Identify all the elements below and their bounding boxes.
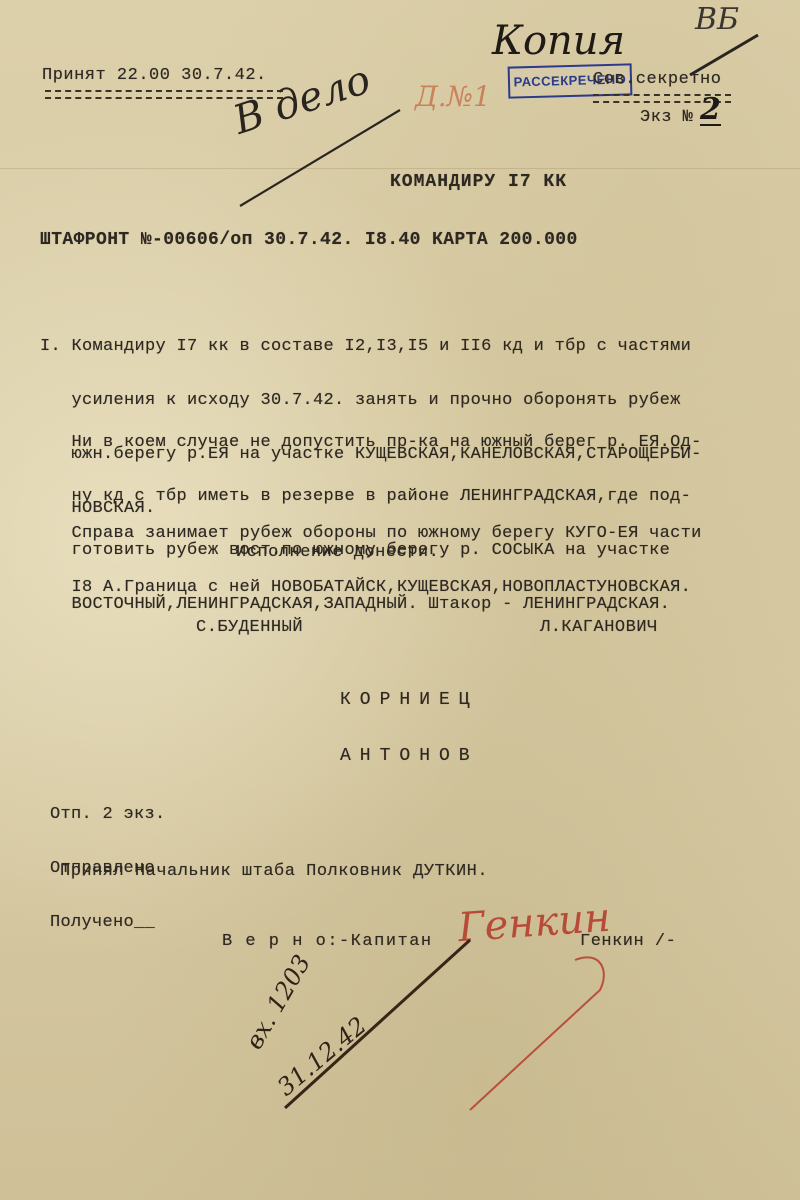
registration-number: вх. 1203 <box>240 950 316 1054</box>
handwritten-red-note: Д.№1 <box>415 80 491 113</box>
classification-label: Сов.секретно <box>593 70 721 89</box>
copy-label: Экз № <box>640 108 694 127</box>
signature-kaganovich: Л.КАГАНОВИЧ <box>540 618 658 637</box>
text-line: I8 А.Граница с ней НОВОБАТАЙСК,КУЩЕВСКАЯ… <box>40 579 702 597</box>
addressee: КОМАНДИРУ I7 КК <box>390 172 567 192</box>
received-label: Получено__ <box>50 914 166 932</box>
handwritten-initials: ВБ <box>695 2 739 37</box>
signature-budenny: С.БУДЕННЫЙ <box>196 618 303 637</box>
received-time: Принят 22.00 30.7.42. <box>42 66 267 85</box>
certified-prefix: В е р н о:-Капитан <box>222 932 433 951</box>
signature-antonov: АНТОНОВ <box>340 746 479 766</box>
paper-fold <box>0 168 800 169</box>
execution-note: Исполнение донести. <box>236 543 439 562</box>
distribution-block: Отп. 2 экз. Отправлено Получено__ <box>50 770 166 950</box>
text-line: Справа занимает рубеж обороны по южному … <box>40 525 702 543</box>
reference-line: ШТАФРОНТ №-00606/оп 30.7.42. I8.40 КАРТА… <box>40 230 578 250</box>
copy-number: 2 <box>700 96 721 126</box>
signature-korniets: КОРНИЕЦ <box>340 690 479 710</box>
initials-stroke <box>690 35 758 75</box>
text-line: Ни в коем случае не допустить пр-ка на ю… <box>40 434 702 452</box>
text-line: I. Командиру I7 кк в составе I2,I3,I5 и … <box>40 338 702 356</box>
registration-date: 31.12.42 <box>272 1011 372 1101</box>
red-signature-tail <box>470 957 604 1110</box>
copies-count: Отп. 2 экз. <box>50 806 166 824</box>
accepted-by: Принял Начальник штаба Полковник ДУТКИН. <box>60 862 488 881</box>
handwritten-copy-note: Копия <box>492 18 625 64</box>
